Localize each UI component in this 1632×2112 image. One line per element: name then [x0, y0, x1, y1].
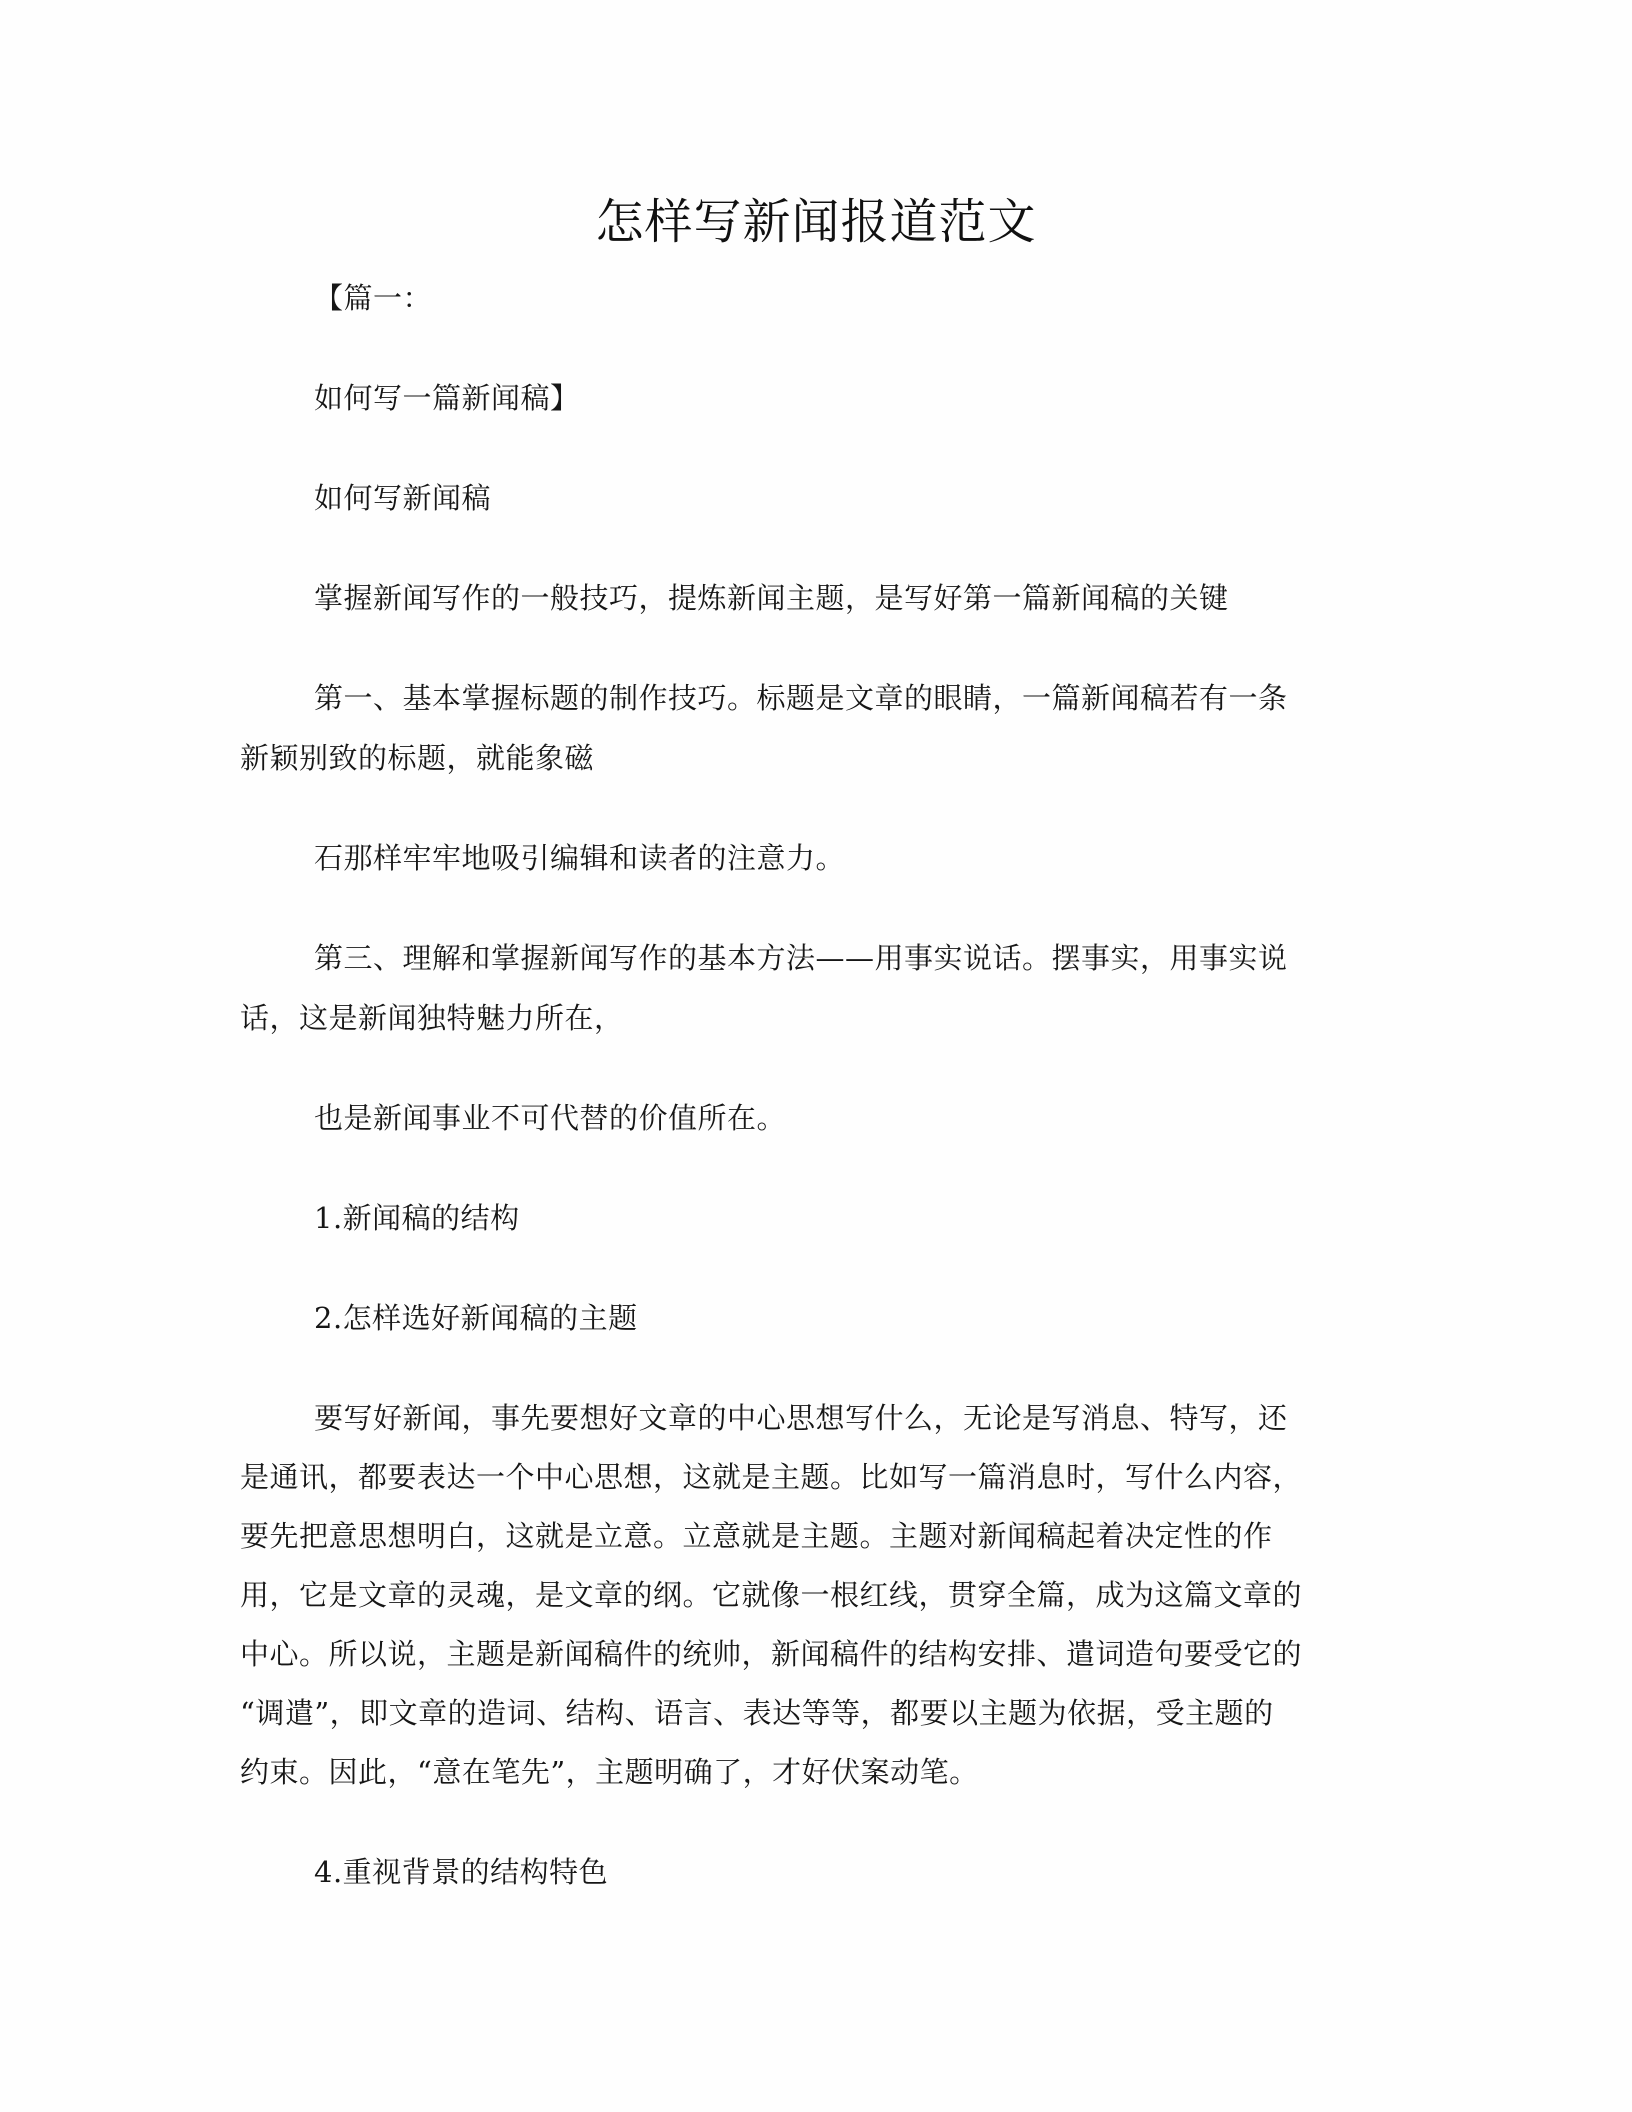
- numbered-item-4: 4.重视背景的结构特色: [314, 1852, 608, 1892]
- point-three-line2: 话，这是新闻独特魅力所在，: [240, 998, 624, 1038]
- section-label-part2: 如何写一篇新闻稿】: [314, 378, 580, 418]
- numbered-item-1: 1.新闻稿的结构: [314, 1198, 520, 1238]
- section-label-part1: 【篇一：: [314, 278, 432, 318]
- document-page: 怎样写新闻报道范文 【篇一： 如何写一篇新闻稿】 如何写新闻稿 掌握新闻写作的一…: [0, 0, 1632, 2112]
- point-one-line3: 石那样牢牢地吸引编辑和读者的注意力。: [314, 838, 845, 878]
- main-paragraph-line4: 用，它是文章的灵魂，是文章的纲。它就像一根红线，贯穿全篇，成为这篇文章的: [240, 1575, 1302, 1615]
- main-paragraph-line2: 是通讯，都要表达一个中心思想，这就是主题。比如写一篇消息时，写什么内容，: [240, 1457, 1302, 1497]
- main-paragraph-line6: “调遣”，即文章的造词、结构、语言、表达等等，都要以主题为依据，受主题的: [240, 1693, 1274, 1733]
- subheading: 如何写新闻稿: [314, 478, 491, 518]
- document-title: 怎样写新闻报道范文: [0, 190, 1632, 254]
- point-three-line1: 第三、理解和掌握新闻写作的基本方法——用事实说话。摆事实，用事实说: [314, 938, 1288, 978]
- main-paragraph-line3: 要先把意思想明白，这就是立意。立意就是主题。主题对新闻稿起着决定性的作: [240, 1516, 1273, 1556]
- point-one-line1: 第一、基本掌握标题的制作技巧。标题是文章的眼睛，一篇新闻稿若有一条: [314, 678, 1288, 718]
- main-paragraph-line7: 约束。因此，“意在笔先”，主题明确了，才好伏案动笔。: [240, 1752, 979, 1792]
- numbered-item-2: 2.怎样选好新闻稿的主题: [314, 1298, 638, 1338]
- intro-line: 掌握新闻写作的一般技巧，提炼新闻主题，是写好第一篇新闻稿的关键: [314, 578, 1229, 618]
- point-three-line3: 也是新闻事业不可代替的价值所在。: [314, 1098, 786, 1138]
- main-paragraph-line5: 中心。所以说，主题是新闻稿件的统帅，新闻稿件的结构安排、遣词造句要受它的: [240, 1634, 1302, 1674]
- main-paragraph-line1: 要写好新闻，事先要想好文章的中心思想写什么，无论是写消息、特写，还: [314, 1398, 1288, 1438]
- point-one-line2: 新颖别致的标题，就能象磁: [240, 738, 594, 778]
